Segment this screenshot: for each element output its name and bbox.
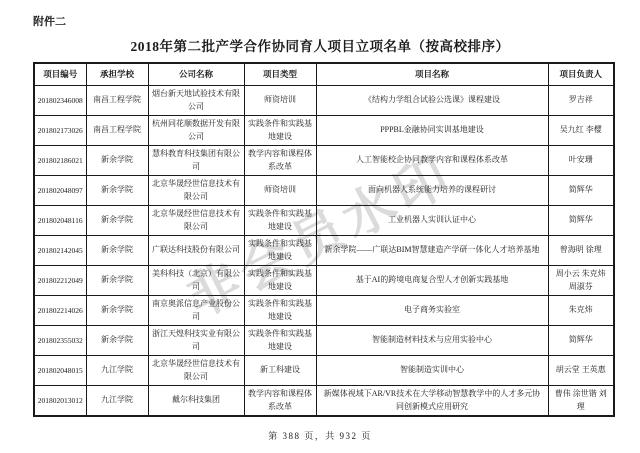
cell-leader: 简辉华	[548, 326, 614, 356]
cell-leader: 罗吉祥	[548, 86, 614, 116]
table-row: 201802048116新余学院北京华晟经世信息技术有限公司实践条件和实践基地建…	[34, 206, 614, 236]
cell-leader: 曹伟 涂世锴 刘理	[548, 386, 614, 417]
cell-leader: 胡云堂 王英惠	[548, 356, 614, 386]
cell-leader: 叶安珊	[548, 146, 614, 176]
table-row: 201802214026新余学院南京奥派信息产业股份公司实践条件和实践基地建设电…	[34, 296, 614, 326]
cell-project-type: 新工科建设	[244, 356, 316, 386]
cell-company: 北京华晟经世信息技术有限公司	[148, 206, 244, 236]
cell-project-name: 新余学院——广联达BIM智慧建造产学研一体化人才培养基地	[316, 236, 548, 266]
cell-leader: 简辉华	[548, 206, 614, 236]
cell-company: 戴尔科技集团	[148, 386, 244, 417]
page-footer: 第 388 页，共 932 页	[0, 429, 640, 442]
cell-project-name: 《结构力学组合试验公选课》课程建设	[316, 86, 548, 116]
table-row: 201802048097新余学院北京华晟经世信息技术有限公司师资培训面向机器人系…	[34, 176, 614, 206]
table-row: 201802142045新余学院广联达科技股份有限公司实践条件和实践基地建设新余…	[34, 236, 614, 266]
table-row: 201802173026南昌工程学院杭州同花顺数据开发有限公司实践条件和实践基地…	[34, 116, 614, 146]
cell-project-id: 201802355032	[34, 326, 86, 356]
cell-project-name: 面向机器人系统能力培养的课程研讨	[316, 176, 548, 206]
cell-project-type: 实践条件和实践基地建设	[244, 326, 316, 356]
attachment-label: 附件二	[33, 13, 66, 29]
cell-school: 新余学院	[86, 266, 148, 296]
cell-project-name: 工业机器人实训认证中心	[316, 206, 548, 236]
cell-project-name: 新媒体视域下AR/VR技术在大学移动智慧教学中的人才多元协同创新模式应用研究	[316, 386, 548, 417]
cell-leader: 简辉华	[548, 176, 614, 206]
cell-project-name: 智能制造材料技术与应用实验中心	[316, 326, 548, 356]
table-body: 201802346008南昌工程学院烟台新天地试验技术有限公司师资培训《结构力学…	[34, 86, 614, 417]
cell-project-name: 电子商务实验室	[316, 296, 548, 326]
table-row: 201802186021新余学院慧科教育科技集团有限公司教学内容和课程体系改革人…	[34, 146, 614, 176]
cell-project-name: 智能制造实训中心	[316, 356, 548, 386]
table-row: 201802212049新余学院美科科技（北京）有限公司实践条件和实践基地建设基…	[34, 266, 614, 296]
cell-project-id: 201802212049	[34, 266, 86, 296]
cell-school: 新余学院	[86, 146, 148, 176]
cell-leader: 朱克炜	[548, 296, 614, 326]
cell-project-id: 201802142045	[34, 236, 86, 266]
cell-company: 浙江天煌科技实业有限公司	[148, 326, 244, 356]
cell-school: 新余学院	[86, 236, 148, 266]
cell-project-name: 基于AI的跨境电商复合型人才创新实践基地	[316, 266, 548, 296]
table-header-row: 项目编号承担学校公司名称项目类型项目名称项目负责人	[34, 63, 614, 86]
cell-project-type: 教学内容和课程体系改革	[244, 146, 316, 176]
cell-project-type: 实践条件和实践基地建设	[244, 266, 316, 296]
column-header-company: 公司名称	[148, 63, 244, 86]
cell-project-id: 201802173026	[34, 116, 86, 146]
cell-project-type: 实践条件和实践基地建设	[244, 296, 316, 326]
cell-school: 南昌工程学院	[86, 116, 148, 146]
cell-project-name: PPPBL金融协同实训基地建设	[316, 116, 548, 146]
cell-school: 新余学院	[86, 326, 148, 356]
cell-school: 南昌工程学院	[86, 86, 148, 116]
cell-school: 九江学院	[86, 386, 148, 417]
cell-school: 九江学院	[86, 356, 148, 386]
document-page: 附件二 2018年第二批产学合作协同育人项目立项名单（按高校排序） 非会员水印 …	[0, 0, 640, 453]
cell-project-id: 201802214026	[34, 296, 86, 326]
cell-company: 南京奥派信息产业股份公司	[148, 296, 244, 326]
cell-project-id: 201802346008	[34, 86, 86, 116]
project-table: 项目编号承担学校公司名称项目类型项目名称项目负责人 201802346008南昌…	[33, 62, 615, 417]
cell-company: 烟台新天地试验技术有限公司	[148, 86, 244, 116]
cell-project-type: 实践条件和实践基地建设	[244, 236, 316, 266]
column-header-project-name: 项目名称	[316, 63, 548, 86]
cell-project-type: 实践条件和实践基地建设	[244, 116, 316, 146]
cell-project-id: 201802048116	[34, 206, 86, 236]
column-header-school: 承担学校	[86, 63, 148, 86]
cell-company: 北京华晟经世信息技术有限公司	[148, 176, 244, 206]
cell-project-type: 教学内容和课程体系改革	[244, 386, 316, 417]
cell-company: 广联达科技股份有限公司	[148, 236, 244, 266]
cell-school: 新余学院	[86, 176, 148, 206]
cell-company: 美科科技（北京）有限公司	[148, 266, 244, 296]
cell-company: 杭州同花顺数据开发有限公司	[148, 116, 244, 146]
table-row: 201802355032新余学院浙江天煌科技实业有限公司实践条件和实践基地建设智…	[34, 326, 614, 356]
column-header-project-type: 项目类型	[244, 63, 316, 86]
cell-project-name: 人工智能校企协同教学内容和课程体系改革	[316, 146, 548, 176]
cell-leader: 周小云 朱克炜 周淑芬	[548, 266, 614, 296]
cell-leader: 吴九红 李樱	[548, 116, 614, 146]
cell-project-id: 201802186021	[34, 146, 86, 176]
cell-school: 新余学院	[86, 296, 148, 326]
table-row: 201802013012九江学院戴尔科技集团教学内容和课程体系改革新媒体视域下A…	[34, 386, 614, 417]
cell-company: 慧科教育科技集团有限公司	[148, 146, 244, 176]
cell-project-type: 师资培训	[244, 176, 316, 206]
cell-school: 新余学院	[86, 206, 148, 236]
column-header-project-id: 项目编号	[34, 63, 86, 86]
cell-project-type: 师资培训	[244, 86, 316, 116]
table-row: 201802346008南昌工程学院烟台新天地试验技术有限公司师资培训《结构力学…	[34, 86, 614, 116]
page-title: 2018年第二批产学合作协同育人项目立项名单（按高校排序）	[0, 35, 640, 55]
table-row: 201802048015九江学院北京华晟经世信息技术有限公司新工科建设智能制造实…	[34, 356, 614, 386]
column-header-leader: 项目负责人	[548, 63, 614, 86]
cell-project-id: 201802048097	[34, 176, 86, 206]
cell-project-type: 实践条件和实践基地建设	[244, 206, 316, 236]
cell-project-id: 201802048015	[34, 356, 86, 386]
cell-company: 北京华晟经世信息技术有限公司	[148, 356, 244, 386]
cell-leader: 曾海明 徐理	[548, 236, 614, 266]
cell-project-id: 201802013012	[34, 386, 86, 417]
